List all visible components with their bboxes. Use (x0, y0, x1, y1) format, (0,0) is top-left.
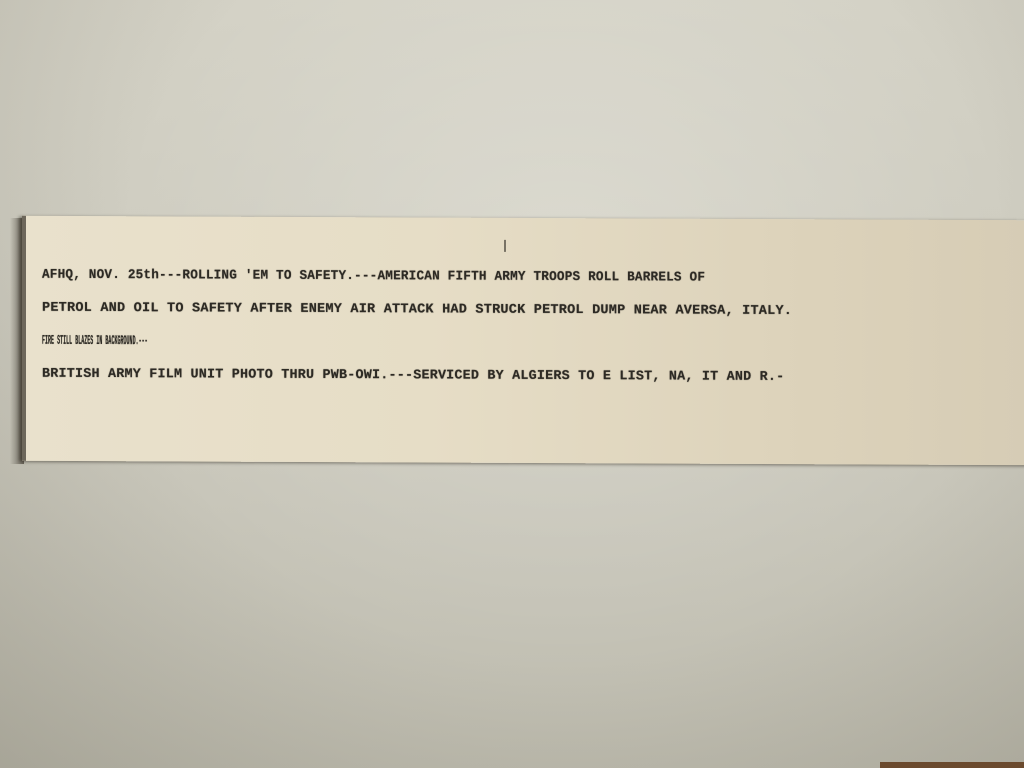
caption-paper-strip: AFHQ, NOV. 25th---ROLLING 'EM TO SAFETY.… (22, 216, 1024, 465)
caption-line: FIRE STILL BLAZES IN BACKGROUND.--- (42, 334, 382, 349)
pencil-mark (504, 240, 506, 252)
caption-line: PETROL AND OIL TO SAFETY AFTER ENEMY AIR… (42, 301, 982, 318)
caption-line: AFHQ, NOV. 25th---ROLLING 'EM TO SAFETY.… (42, 268, 922, 285)
caption-line: BRITISH ARMY FILM UNIT PHOTO THRU PWB-OW… (42, 367, 972, 384)
typed-caption: AFHQ, NOV. 25th---ROLLING 'EM TO SAFETY.… (42, 268, 1012, 385)
table-edge (880, 762, 1024, 768)
